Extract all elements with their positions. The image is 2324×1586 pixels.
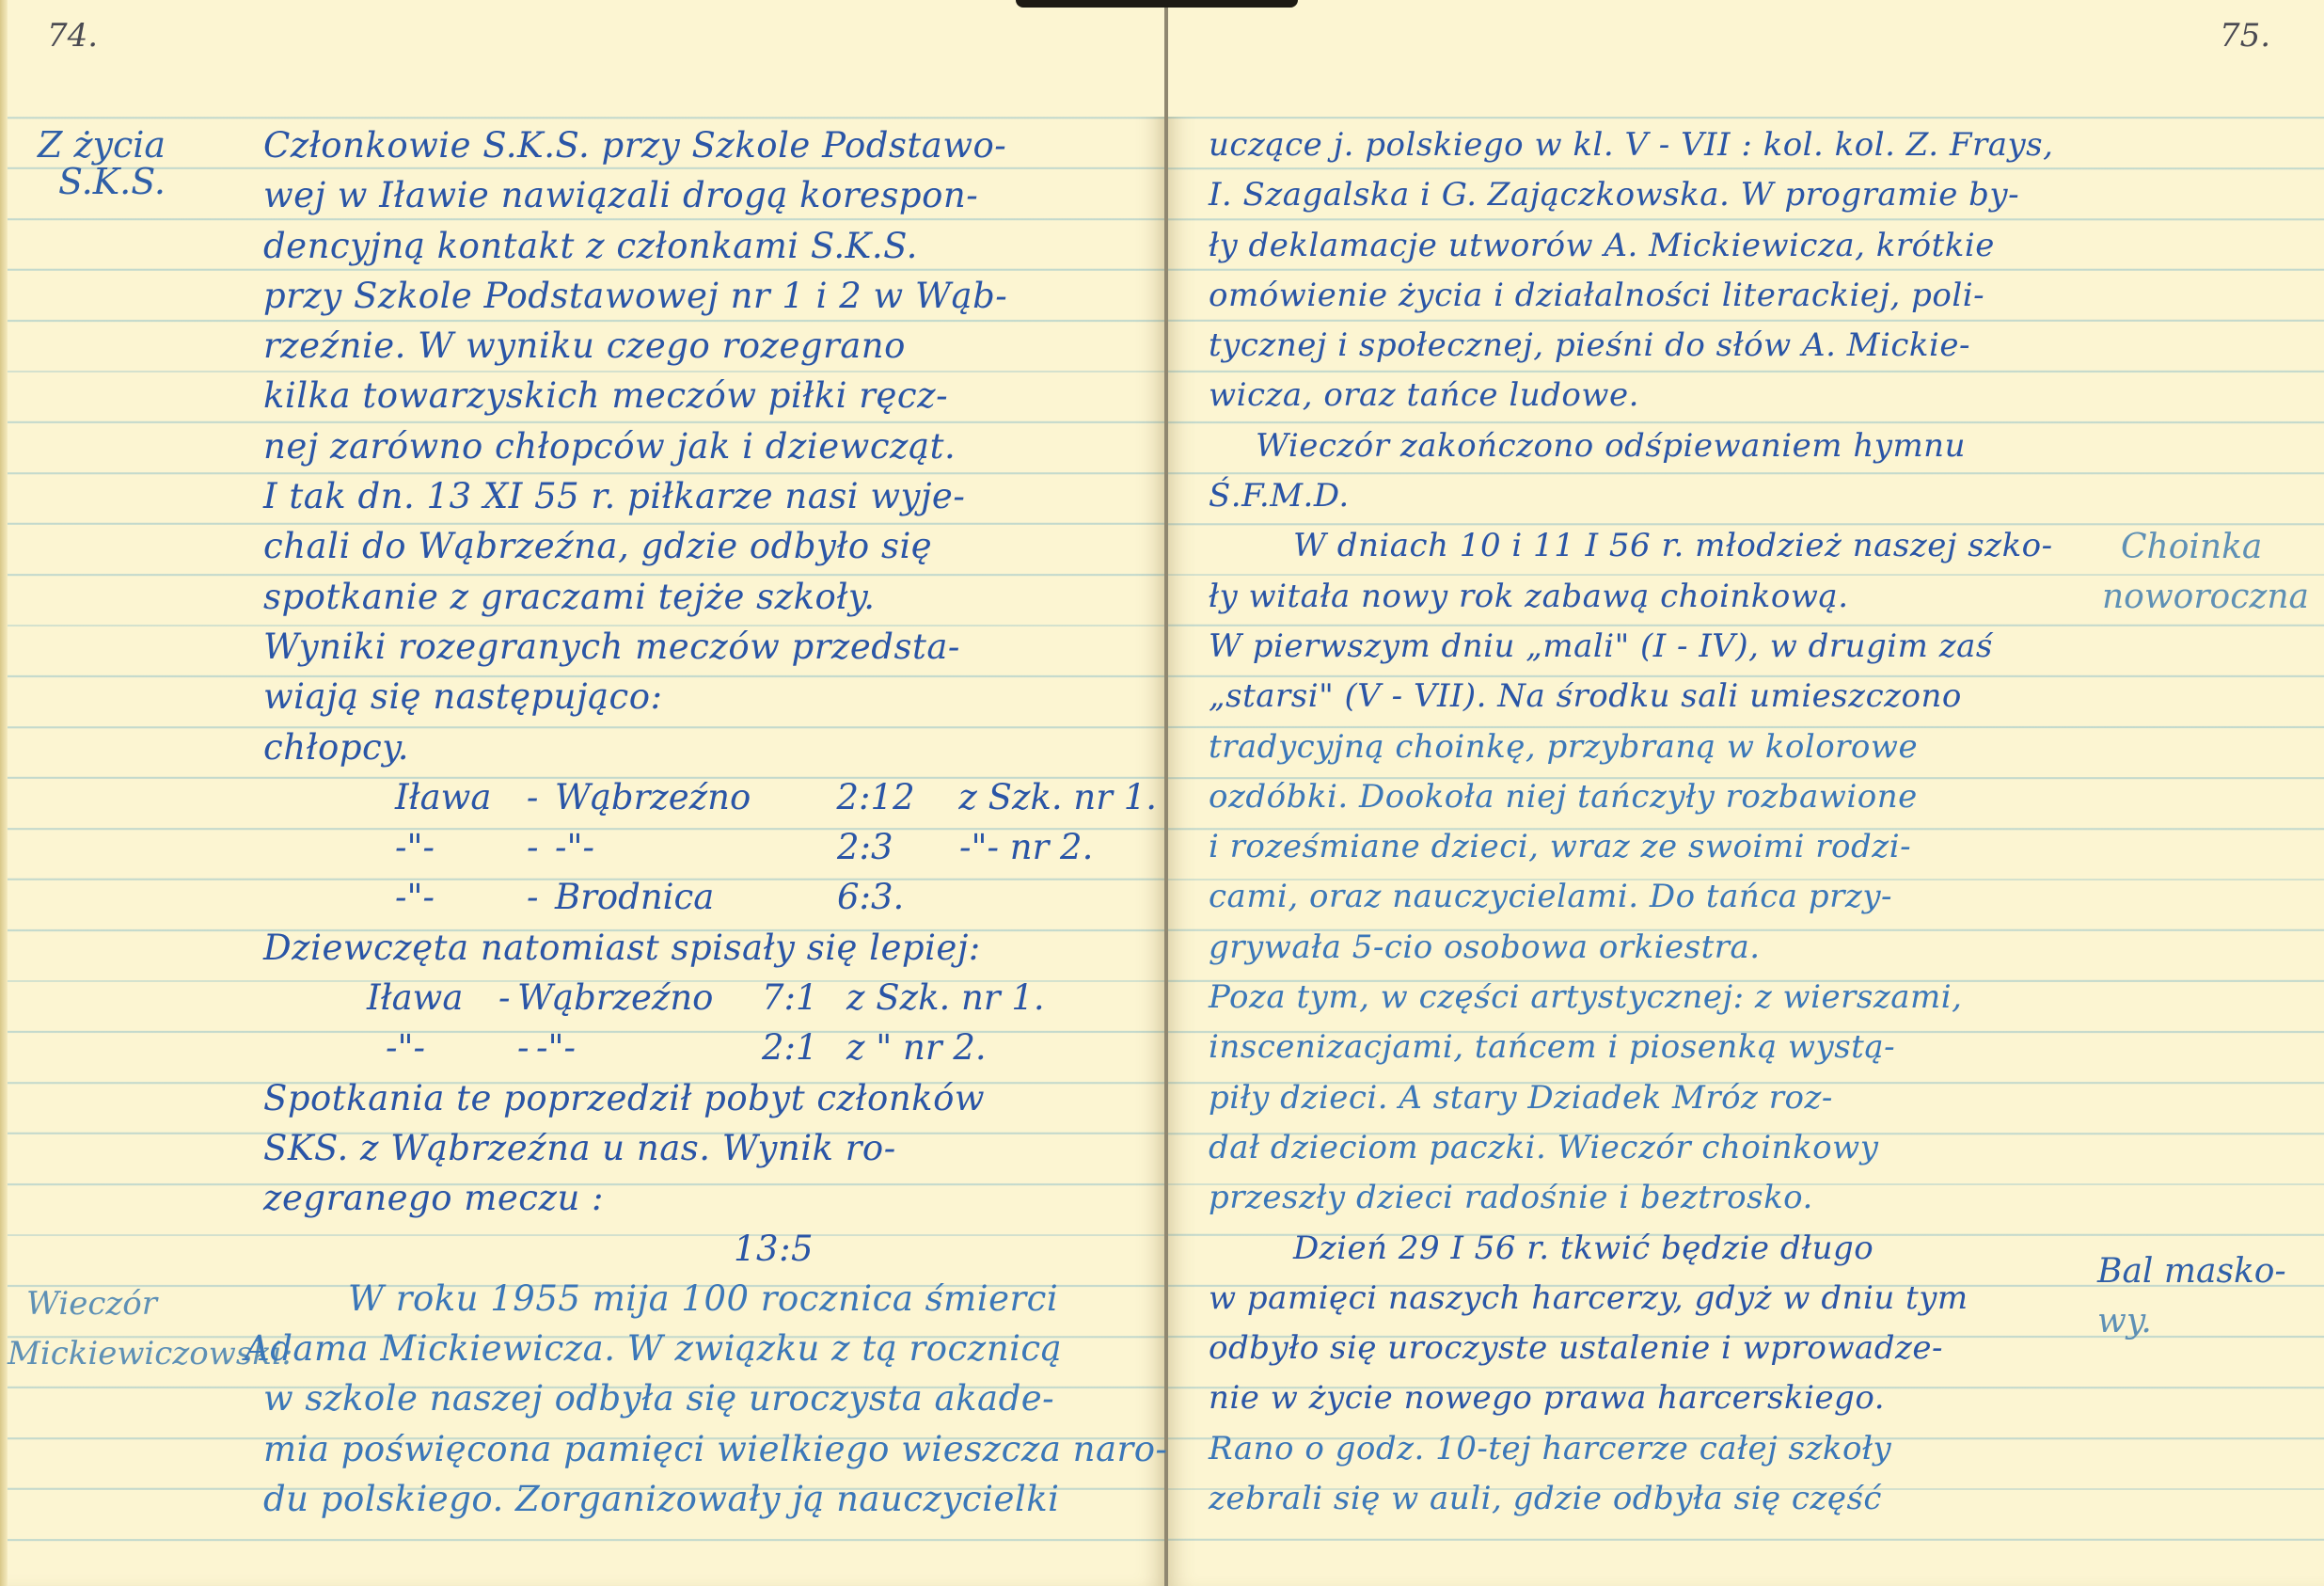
text-line: przeszły dzieci radośnie i beztrosko.: [1209, 1173, 2074, 1223]
text-line: wiają się następująco:: [263, 672, 1157, 722]
result-away: -"-: [536, 1023, 762, 1072]
text-line: I tak dn. 13 XI 55 r. piłkarze nasi wyje…: [263, 471, 1157, 521]
text-line: i roześmiane dzieci, wraz ze swoimi rodz…: [1209, 822, 2074, 872]
text-line: Spotkania te poprzedził pobyt członków: [263, 1073, 1157, 1123]
text-line: zegranego meczu :: [263, 1173, 1157, 1223]
text-line: omówienie życia i działalności literacki…: [1209, 271, 2074, 321]
text-line: piły dzieci. A stary Dziadek Mróz roz-: [1209, 1073, 2074, 1123]
text-line: rzeźnie. W wyniku czego rozegrano: [263, 321, 1157, 371]
result-home: -"-: [263, 872, 527, 922]
text-line: du polskiego. Zorganizowały ją nauczycie…: [263, 1474, 1157, 1524]
binding-top: [1016, 0, 1298, 8]
result-row: -"- - -"- 2:1 z " nr 2.: [263, 1023, 1157, 1072]
binding-gutter: [1164, 0, 1168, 1586]
result-row: Iława - Wąbrzeźno 2:12 z Szk. nr 1.: [263, 772, 1157, 822]
result-score: 6:3.: [837, 872, 959, 922]
text-line: przy Szkole Podstawowej nr 1 i 2 w Wąb-: [263, 271, 1157, 321]
result-away: Wąbrzeźno: [555, 772, 837, 822]
text-line: chali do Wąbrzeźna, gdzie odbyło się: [263, 521, 1157, 571]
margin-note-line: Bal masko-: [2097, 1246, 2286, 1296]
text-line: w szkole naszej odbyła się uroczysta aka…: [263, 1373, 1157, 1423]
margin-note-line: Wieczór: [8, 1279, 292, 1329]
result-row: Iława - Wąbrzeźno 7:1 z Szk. nr 1.: [263, 973, 1157, 1023]
text-line: kilka towarzyskich meczów piłki ręcz-: [263, 371, 1157, 420]
result-sep: -: [527, 872, 555, 922]
text-line: W dniach 10 i 11 I 56 r. młodzież naszej…: [1209, 521, 2074, 571]
text-line: spotkanie z graczami tejże szkoły.: [263, 572, 1157, 622]
result-score: 7:1: [762, 973, 846, 1023]
text-line: Ś.F.M.D.: [1209, 471, 2074, 521]
page-number-right: 75.: [2220, 17, 2270, 55]
result-row: -"- - Brodnica 6:3.: [263, 872, 1157, 922]
text-line: cami, oraz nauczycielami. Do tańca przy-: [1209, 872, 2074, 922]
text-line: Wyniki rozegranych meczów przedsta-: [263, 622, 1157, 672]
result-home: Iława: [263, 772, 527, 822]
text-line: odbyło się uroczyste ustalenie i wprowad…: [1209, 1324, 2074, 1373]
text-line: w pamięci naszych harcerzy, gdyż w dniu …: [1209, 1274, 2074, 1324]
margin-note-line: noworoczna: [2102, 572, 2309, 622]
text-line: „starsi" (V - VII). Na środku sali umies…: [1209, 672, 2074, 722]
result-sep: -: [527, 822, 555, 872]
result-home: Iława: [263, 973, 498, 1023]
text-line: Adama Mickiewicza. W związku z tą roczni…: [245, 1324, 1157, 1373]
text-line: Dzień 29 I 56 r. tkwić będzie długo: [1209, 1224, 2074, 1274]
text-line: ły witała nowy rok zabawą choinkową.: [1209, 572, 2074, 622]
result-sep: -: [527, 772, 555, 822]
result-school: z Szk. nr 1.: [846, 973, 1045, 1023]
margin-note-choinka: Choinka noworoczna: [2121, 522, 2309, 622]
text-line: SKS. z Wąbrzeźna u nas. Wynik ro-: [263, 1123, 1157, 1173]
text-line: grywała 5-cio osobowa orkiestra.: [1209, 923, 2074, 973]
text-line: ozdóbki. Dookoła niej tańczyły rozbawion…: [1209, 772, 2074, 822]
result-row: -"- - -"- 2:3 -"- nr 2.: [263, 822, 1157, 872]
text-line: wicza, oraz tańce ludowe.: [1209, 371, 2074, 420]
text-line: ły deklamacje utworów A. Mickiewicza, kr…: [1209, 221, 2074, 271]
text-line: nej zarówno chłopców jak i dziewcząt.: [263, 421, 1157, 471]
result-score: 2:1: [762, 1023, 846, 1072]
text-line: zebrali się w auli, gdzie odbyła się czę…: [1209, 1474, 2074, 1524]
text-line: W roku 1955 mija 100 rocznica śmierci: [263, 1274, 1157, 1324]
text-line: tradycyjną choinkę, przybraną w kolorowe: [1209, 722, 2074, 772]
result-sep: -: [498, 973, 517, 1023]
result-school: z " nr 2.: [846, 1023, 987, 1072]
text-line: Dziewczęta natomiast spisały się lepiej:: [263, 923, 1157, 973]
margin-note-line: wy.: [2097, 1296, 2286, 1346]
result-school: z Szk. nr 1.: [958, 772, 1157, 822]
result-score: 2:3: [837, 822, 959, 872]
text-line: I. Szagalska i G. Zajączkowska. W progra…: [1209, 170, 2074, 220]
result-away: Wąbrzeźno: [517, 973, 762, 1023]
text-line: chłopcy.: [263, 722, 1157, 772]
result-score: 2:12: [837, 772, 959, 822]
text-line: Wieczór zakończono odśpiewaniem hymnu: [1209, 421, 2074, 471]
text-line: Rano o godz. 10-tej harcerze całej szkoł…: [1209, 1424, 2074, 1474]
text-line: uczące j. polskiego w kl. V - VII : kol.…: [1209, 120, 2074, 170]
left-page-text: Członkowie S.K.S. przy Szkole Podstawo- …: [263, 120, 1157, 1524]
final-score: 13:5: [263, 1224, 1157, 1274]
text-line: dencyjną kontakt z członkami S.K.S.: [263, 221, 1157, 271]
text-line: wej w Iławie nawiązali drogą korespon-: [263, 170, 1157, 220]
result-school: -"- nr 2.: [959, 822, 1093, 872]
result-sep: -: [517, 1023, 536, 1072]
result-away: -"-: [555, 822, 837, 872]
result-away: Brodnica: [555, 872, 837, 922]
margin-note-sks: Z życia S.K.S.: [38, 120, 166, 207]
result-home: -"-: [263, 1023, 517, 1072]
right-page-text: uczące j. polskiego w kl. V - VII : kol.…: [1209, 120, 2074, 1524]
text-line: Poza tym, w części artystycznej: z wiers…: [1209, 973, 2074, 1023]
result-home: -"-: [263, 822, 527, 872]
text-line: dał dzieciom paczki. Wieczór choinkowy: [1209, 1123, 2074, 1173]
page-edge: [0, 0, 8, 1586]
text-line: tycznej i społecznej, pieśni do słów A. …: [1209, 321, 2074, 371]
margin-note-line: Choinka: [2121, 522, 2309, 572]
text-line: Członkowie S.K.S. przy Szkole Podstawo-: [263, 120, 1157, 170]
margin-note-bal: Bal masko- wy.: [2097, 1246, 2286, 1346]
text-line: inscenizacjami, tańcem i piosenką wystą-: [1209, 1023, 2074, 1072]
text-line: mia poświęcona pamięci wielkiego wieszcz…: [263, 1424, 1157, 1474]
page-number-left: 74.: [47, 17, 98, 55]
text-line: nie w życie nowego prawa harcerskiego.: [1209, 1373, 2074, 1423]
text-line: W pierwszym dniu „mali" (I - IV), w drug…: [1209, 622, 2074, 672]
notebook-spread: 74. 75. Z życia S.K.S. Wieczór Mickiewic…: [0, 0, 2324, 1586]
